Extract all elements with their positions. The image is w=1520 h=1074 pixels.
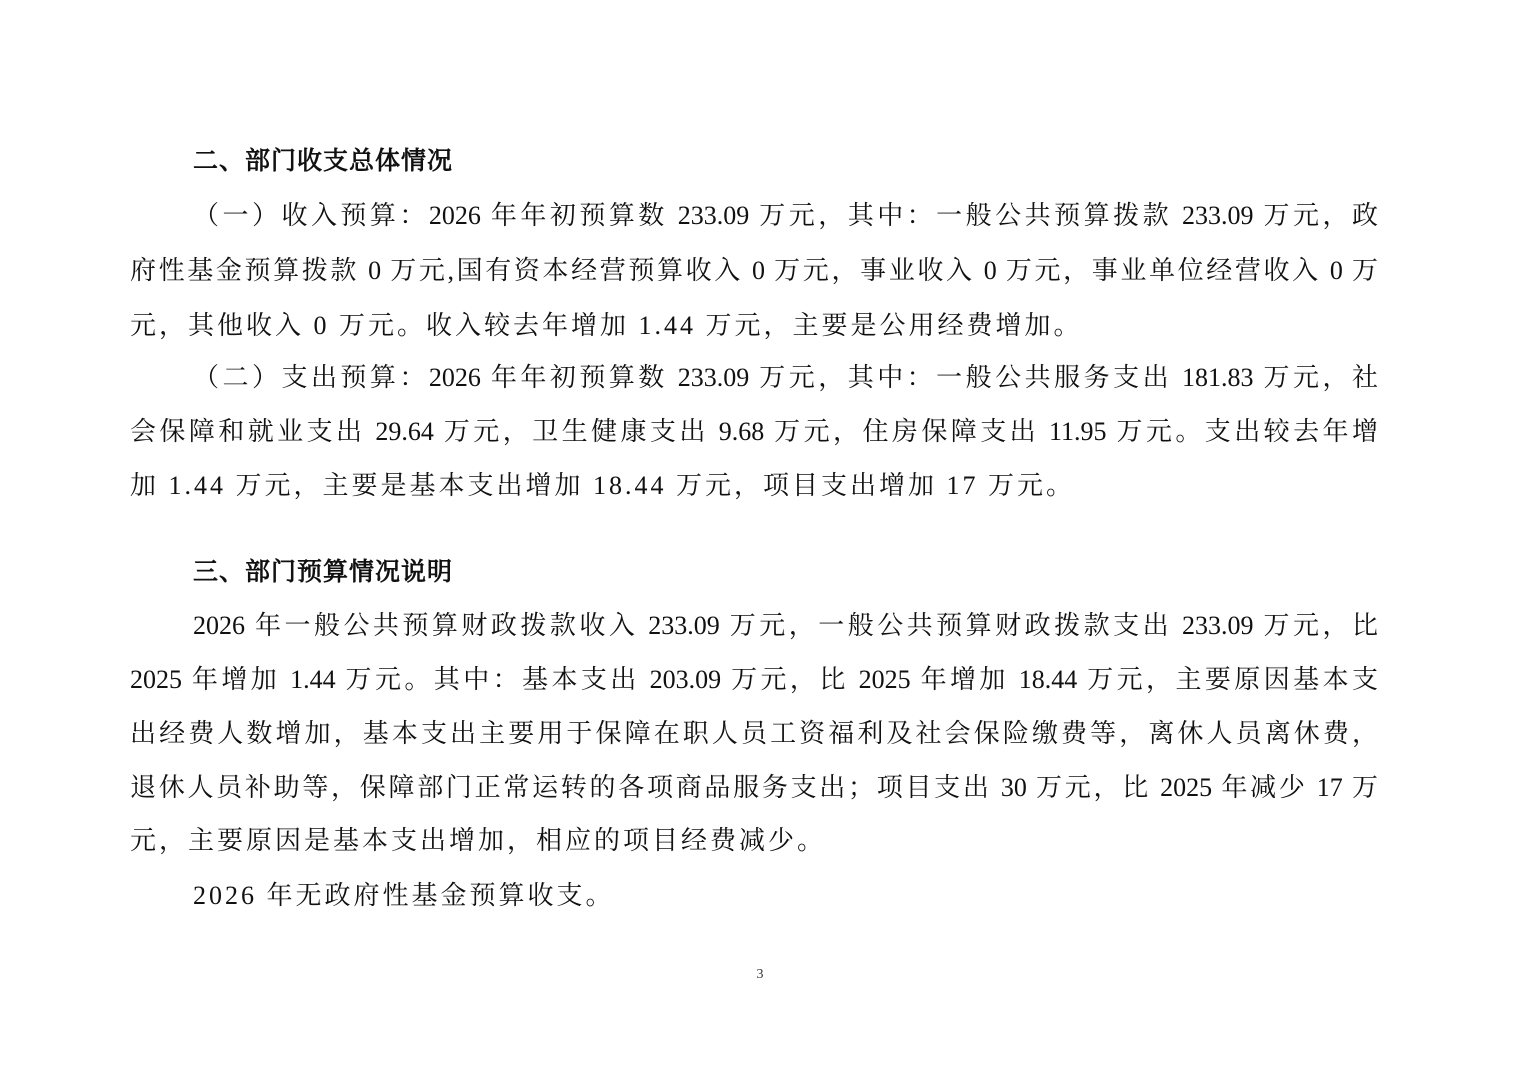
paragraph-income-budget-line-2: 府性基金预算拨款 0 万元,国有资本经营预算收入 0 万元，事业收入 0 万元，… (130, 254, 1378, 288)
paragraph-budget-explanation-line-1: 2026 年一般公共预算财政拨款收入 233.09 万元，一般公共预算财政拨款支… (193, 609, 1378, 643)
paragraph-budget-explanation-line-4: 退休人员补助等，保障部门正常运转的各项商品服务支出；项目支出 30 万元，比 2… (130, 771, 1378, 805)
section-heading-overall-income-expenditure: 二、部门收支总体情况 (193, 146, 453, 176)
paragraph-budget-explanation-line-5: 元，主要原因是基本支出增加，相应的项目经费减少。 (130, 824, 1378, 858)
paragraph-expenditure-budget-line-2: 会保障和就业支出 29.64 万元，卫生健康支出 9.68 万元，住房保障支出 … (130, 415, 1378, 449)
paragraph-income-budget-line-1: （一）收入预算：2026 年年初预算数 233.09 万元，其中：一般公共预算拨… (193, 199, 1378, 233)
page-number: 3 (0, 966, 1520, 984)
paragraph-budget-explanation-line-3: 出经费人数增加，基本支出主要用于保障在职人员工资福利及社会保险缴费等，离休人员离… (130, 717, 1378, 751)
paragraph-government-fund-line-1: 2026 年无政府性基金预算收支。 (193, 879, 1378, 913)
paragraph-expenditure-budget-line-1: （二）支出预算：2026 年年初预算数 233.09 万元，其中：一般公共服务支… (193, 361, 1378, 395)
paragraph-income-budget-line-3: 元，其他收入 0 万元。收入较去年增加 1.44 万元，主要是公用经费增加。 (130, 309, 1378, 343)
document-page: 二、部门收支总体情况 （一）收入预算：2026 年年初预算数 233.09 万元… (0, 0, 1520, 1074)
paragraph-budget-explanation-line-2: 2025 年增加 1.44 万元。其中：基本支出 203.09 万元，比 202… (130, 663, 1378, 697)
section-heading-budget-explanation: 三、部门预算情况说明 (193, 557, 453, 587)
paragraph-expenditure-budget-line-3: 加 1.44 万元，主要是基本支出增加 18.44 万元，项目支出增加 17 万… (130, 469, 1378, 503)
